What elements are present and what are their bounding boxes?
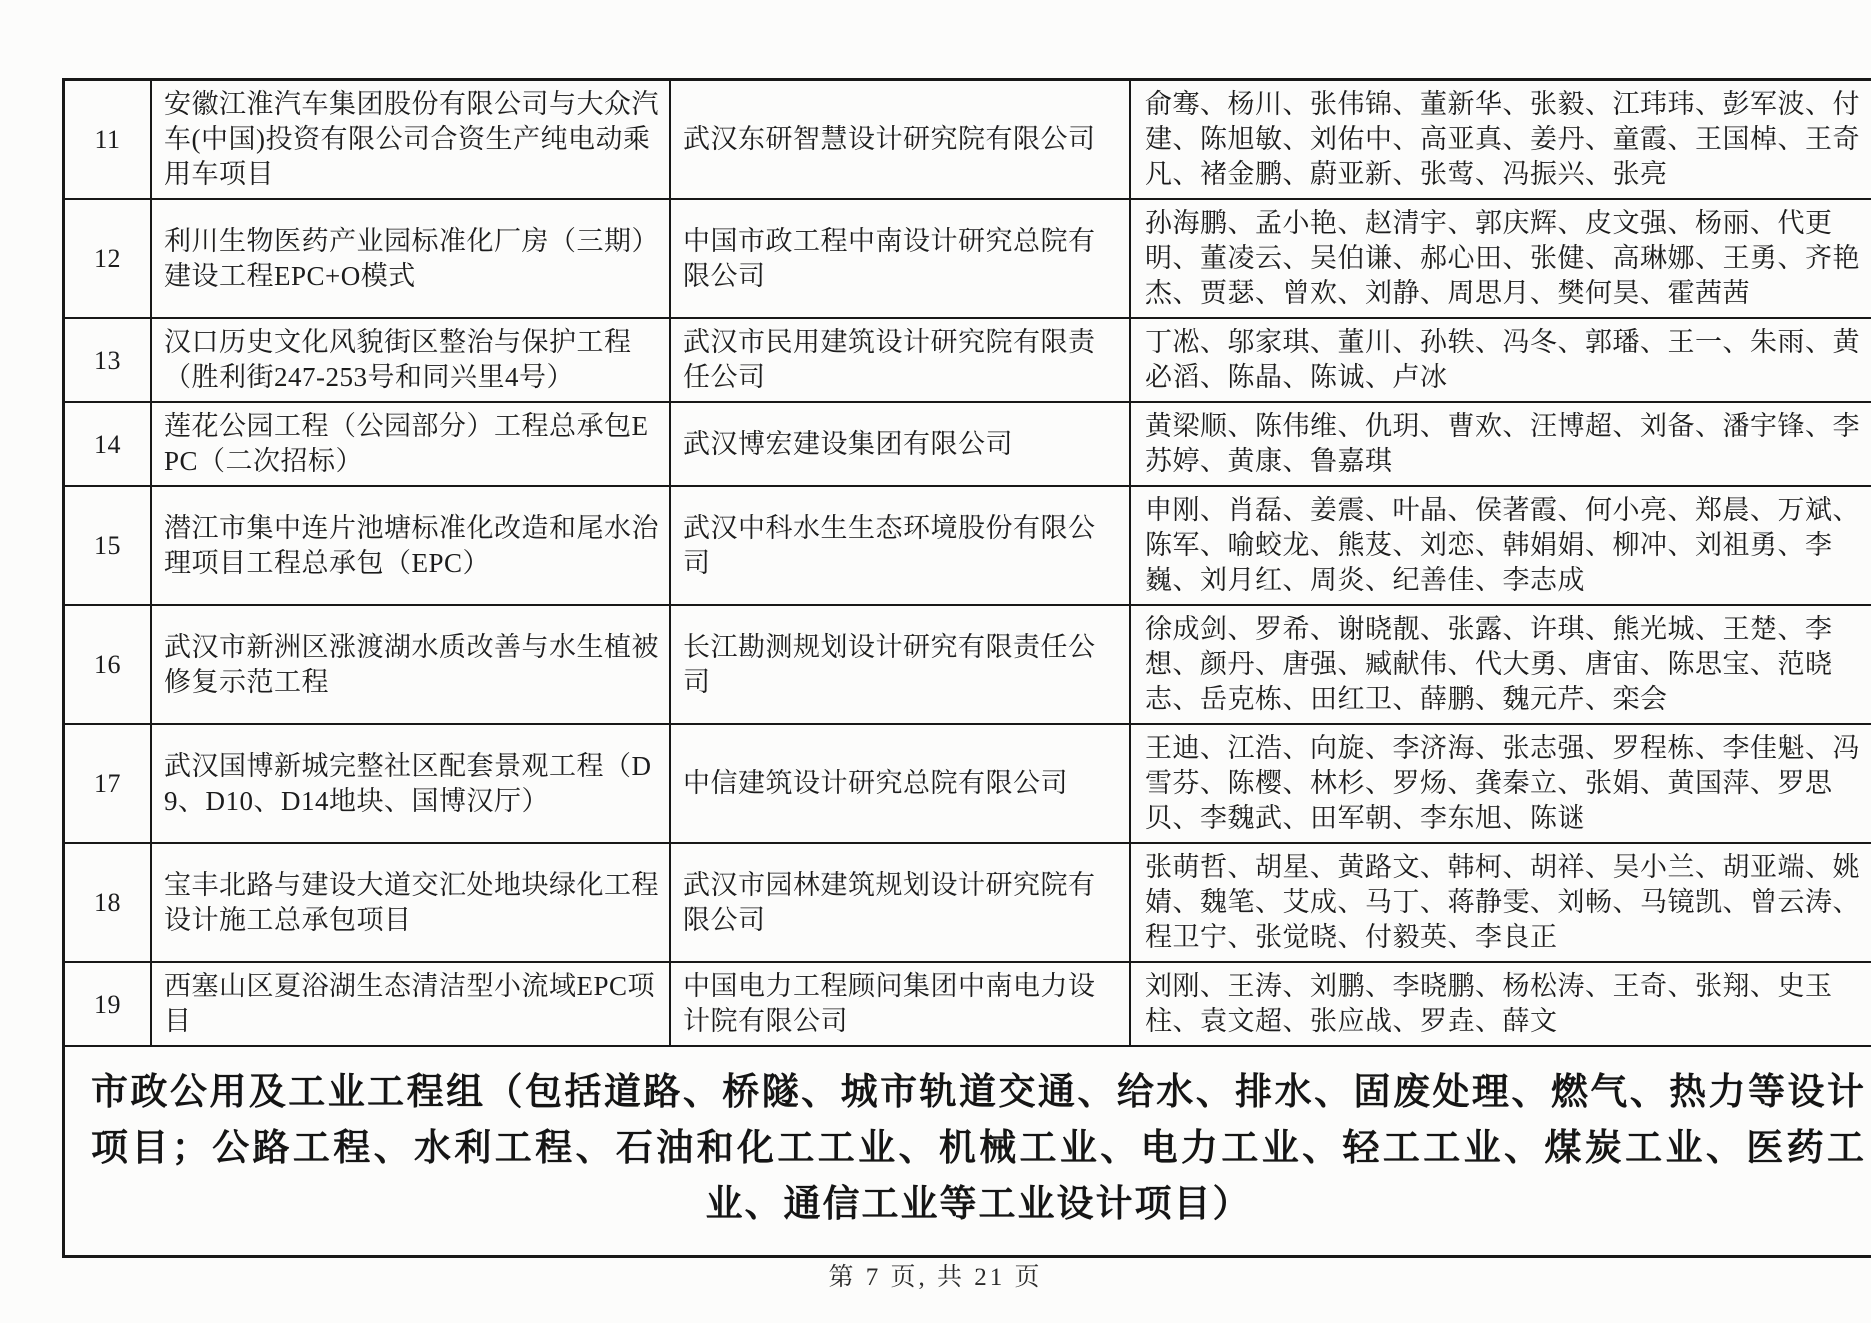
design-company-cell: 武汉中科水生生态环境股份有限公司: [670, 486, 1130, 605]
personnel-cell: 孙海鹏、孟小艳、赵清宇、郭庆辉、皮文强、杨丽、代更明、董凌云、吴伯谦、郝心田、张…: [1130, 199, 1871, 318]
design-company-cell: 中信建筑设计研究总院有限公司: [670, 724, 1130, 843]
table-row: 12 利川生物医药产业园标准化厂房（三期）建设工程EPC+O模式 中国市政工程中…: [64, 199, 1871, 318]
design-company-cell: 中国市政工程中南设计研究总院有限公司: [670, 199, 1130, 318]
design-company-cell: 中国电力工程顾问集团中南电力设计院有限公司: [670, 962, 1130, 1046]
award-table-body: 11 安徽江淮汽车集团股份有限公司与大众汽车(中国)投资有限公司合资生产纯电动乘…: [64, 80, 1871, 1047]
table-row: 16 武汉市新洲区涨渡湖水质改善与水生植被修复示范工程 长江勘测规划设计研究有限…: [64, 605, 1871, 724]
row-number-cell: 13: [64, 318, 152, 402]
table-row: 17 武汉国博新城完整社区配套景观工程（D9、D10、D14地块、国博汉厅） 中…: [64, 724, 1871, 843]
design-company-cell: 武汉博宏建设集团有限公司: [670, 402, 1130, 486]
personnel-cell: 徐成剑、罗希、谢晓靓、张露、许琪、熊光城、王楚、李想、颜丹、唐强、臧献伟、代大勇…: [1130, 605, 1871, 724]
table-row: 15 潜江市集中连片池塘标准化改造和尾水治理项目工程总承包（EPC） 武汉中科水…: [64, 486, 1871, 605]
document-page: 11 安徽江淮汽车集团股份有限公司与大众汽车(中国)投资有限公司合资生产纯电动乘…: [0, 0, 1871, 1323]
group-note-section: 市政公用及工业工程组（包括道路、桥隧、城市轨道交通、给水、排水、固废处理、燃气、…: [64, 1046, 1871, 1257]
design-company-cell: 武汉市园林建筑规划设计研究院有限公司: [670, 843, 1130, 962]
project-name-cell: 汉口历史文化风貌街区整治与保护工程（胜利街247-253号和同兴里4号）: [151, 318, 670, 402]
project-name-cell: 武汉国博新城完整社区配套景观工程（D9、D10、D14地块、国博汉厅）: [151, 724, 670, 843]
design-company-cell: 长江勘测规划设计研究有限责任公司: [670, 605, 1130, 724]
row-number-cell: 14: [64, 402, 152, 486]
personnel-cell: 黄梁顺、陈伟维、仇玥、曹欢、汪博超、刘备、潘宇锋、李苏婷、黄康、鲁嘉琪: [1130, 402, 1871, 486]
project-name-cell: 宝丰北路与建设大道交汇处地块绿化工程设计施工总承包项目: [151, 843, 670, 962]
project-name-cell: 安徽江淮汽车集团股份有限公司与大众汽车(中国)投资有限公司合资生产纯电动乘用车项…: [151, 80, 670, 200]
design-company-cell: 武汉东研智慧设计研究院有限公司: [670, 80, 1130, 200]
group-note-row: 市政公用及工业工程组（包括道路、桥隧、城市轨道交通、给水、排水、固废处理、燃气、…: [64, 1046, 1871, 1257]
design-company-cell: 武汉市民用建筑设计研究院有限责任公司: [670, 318, 1130, 402]
page-number: 第 7 页, 共 21 页: [0, 1257, 1871, 1293]
row-number-cell: 11: [64, 80, 152, 200]
table-row: 14 莲花公园工程（公园部分）工程总承包EPC（二次招标） 武汉博宏建设集团有限…: [64, 402, 1871, 486]
project-name-cell: 莲花公园工程（公园部分）工程总承包EPC（二次招标）: [151, 402, 670, 486]
row-number-cell: 15: [64, 486, 152, 605]
row-number-cell: 18: [64, 843, 152, 962]
table-row: 19 西塞山区夏浴湖生态清洁型小流域EPC项目 中国电力工程顾问集团中南电力设计…: [64, 962, 1871, 1046]
row-number-cell: 17: [64, 724, 152, 843]
personnel-cell: 丁凇、邬家琪、董川、孙轶、冯冬、郭璠、王一、朱雨、黄必滔、陈晶、陈诚、卢冰: [1130, 318, 1871, 402]
table-row: 11 安徽江淮汽车集团股份有限公司与大众汽车(中国)投资有限公司合资生产纯电动乘…: [64, 80, 1871, 200]
row-number-cell: 12: [64, 199, 152, 318]
row-number-cell: 16: [64, 605, 152, 724]
personnel-cell: 申刚、肖磊、姜震、叶晶、侯著霞、何小亮、郑晨、万斌、陈军、喻蛟龙、熊芨、刘恋、韩…: [1130, 486, 1871, 605]
group-note: 市政公用及工业工程组（包括道路、桥隧、城市轨道交通、给水、排水、固废处理、燃气、…: [64, 1046, 1871, 1257]
project-name-cell: 利川生物医药产业园标准化厂房（三期）建设工程EPC+O模式: [151, 199, 670, 318]
table-row: 13 汉口历史文化风貌街区整治与保护工程（胜利街247-253号和同兴里4号） …: [64, 318, 1871, 402]
table-row: 18 宝丰北路与建设大道交汇处地块绿化工程设计施工总承包项目 武汉市园林建筑规划…: [64, 843, 1871, 962]
personnel-cell: 张萌哲、胡星、黄路文、韩柯、胡祥、吴小兰、胡亚端、姚婧、魏笔、艾成、马丁、蒋静雯…: [1130, 843, 1871, 962]
personnel-cell: 王迪、江浩、向旋、李济海、张志强、罗程栋、李佳魁、冯雪芬、陈樱、林杉、罗炀、龚秦…: [1130, 724, 1871, 843]
project-name-cell: 西塞山区夏浴湖生态清洁型小流域EPC项目: [151, 962, 670, 1046]
project-name-cell: 武汉市新洲区涨渡湖水质改善与水生植被修复示范工程: [151, 605, 670, 724]
personnel-cell: 刘刚、王涛、刘鹏、李晓鹏、杨松涛、王奇、张翔、史玉柱、袁文超、张应战、罗垚、薛文: [1130, 962, 1871, 1046]
project-name-cell: 潜江市集中连片池塘标准化改造和尾水治理项目工程总承包（EPC）: [151, 486, 670, 605]
personnel-cell: 俞骞、杨川、张伟锦、董新华、张毅、江玮玮、彭军波、付建、陈旭敏、刘佑中、高亚真、…: [1130, 80, 1871, 200]
award-project-table: 11 安徽江淮汽车集团股份有限公司与大众汽车(中国)投资有限公司合资生产纯电动乘…: [62, 78, 1871, 1258]
row-number-cell: 19: [64, 962, 152, 1046]
